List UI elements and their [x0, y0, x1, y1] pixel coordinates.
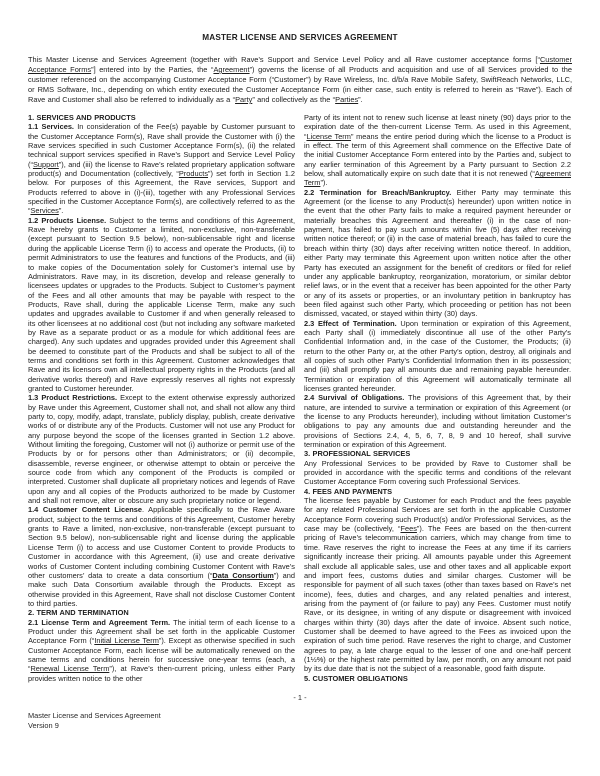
text-run: ”. — [59, 206, 64, 215]
page-number: - 1 - — [0, 693, 600, 702]
paragraph: Any Professional Services to be provided… — [304, 459, 571, 487]
footer-version: Version 9 — [28, 721, 161, 731]
text-run: 2.4 Survival of Obligations. — [304, 393, 404, 402]
paragraph: Party of its intent not to renew such li… — [304, 113, 571, 188]
section-heading: 5. CUSTOMER OBLIGATIONS — [304, 674, 571, 683]
text-run: 1.3 Product Restrictions. — [28, 393, 117, 402]
text-run: Data Consortium — [212, 571, 273, 580]
text-run: Support — [33, 160, 59, 169]
document-footer: Master License and Services Agreement Ve… — [28, 711, 161, 730]
text-run: Except to the extent otherwise expressly… — [28, 393, 295, 505]
right-column: Party of its intent not to renew such li… — [304, 113, 571, 683]
left-column: 1. SERVICES AND PRODUCTS1.1 Services. In… — [28, 113, 295, 683]
text-run: Subject to the terms and conditions of t… — [28, 216, 295, 393]
text-run: Any Professional Services to be provided… — [304, 459, 571, 487]
text-run: . Applicable specifically to the Rave Aw… — [28, 505, 295, 579]
section-heading: 2. TERM AND TERMINATION — [28, 608, 295, 617]
text-run: Agreement — [213, 65, 249, 74]
section-heading: 3. PROFESSIONAL SERVICES — [304, 449, 571, 458]
document-title: MASTER LICENSE AND SERVICES AGREEMENT — [28, 33, 572, 42]
text-run: 2.3 Effect of Termination. — [304, 319, 397, 328]
text-run: ”). The Fees are based on the then-curre… — [304, 524, 571, 673]
footer-doc-name: Master License and Services Agreement — [28, 711, 161, 721]
text-run: Parties — [335, 95, 358, 104]
paragraph: 1.2 Products License. Subject to the ter… — [28, 216, 295, 394]
section-heading: 4. FEES AND PAYMENTS — [304, 487, 571, 496]
text-run: ”. — [358, 95, 363, 104]
paragraph: 1.1 Services. In consideration of the Fe… — [28, 122, 295, 215]
text-run: ” and collectively as the “ — [252, 95, 335, 104]
paragraph: 2.2 Termination for Breach/Bankruptcy. E… — [304, 188, 571, 319]
text-run: Upon termination or expiration of this A… — [304, 319, 571, 393]
two-column-body: 1. SERVICES AND PRODUCTS1.1 Services. In… — [28, 113, 572, 683]
paragraph: 1.4 Customer Content License. Applicable… — [28, 505, 295, 608]
text-run: ”). — [320, 178, 327, 187]
text-run: ”] entered into by the Parties, the “ — [91, 65, 213, 74]
paragraph: 2.3 Effect of Termination. Upon terminat… — [304, 319, 571, 394]
text-run: Renewal License Term — [30, 664, 109, 673]
text-run: Services — [30, 206, 58, 215]
text-run: 2.1 License Term and Agreement Term. — [28, 618, 170, 627]
text-run: 1.1 Services. — [28, 122, 74, 131]
text-run: 1.2 Products License. — [28, 216, 106, 225]
paragraph: The license fees payable by Customer for… — [304, 496, 571, 674]
text-run: Initial License Term — [94, 636, 159, 645]
paragraph: 2.1 License Term and Agreement Term. The… — [28, 618, 295, 683]
text-run: Products — [179, 169, 208, 178]
text-run: This Master License and Services Agreeme… — [28, 55, 540, 64]
text-run: 1.4 Customer Content License — [28, 505, 142, 514]
paragraph: 1.3 Product Restrictions. Except to the … — [28, 393, 295, 505]
text-run: 2.2 Termination for Breach/Bankruptcy. — [304, 188, 451, 197]
text-run: License Term — [306, 132, 350, 141]
paragraph: 2.4 Survival of Obligations. The provisi… — [304, 393, 571, 449]
text-run: Party — [235, 95, 252, 104]
document-page: MASTER LICENSE AND SERVICES AGREEMENT Th… — [0, 0, 600, 776]
intro-paragraph: This Master License and Services Agreeme… — [28, 55, 572, 105]
text-run: Either Party may terminate this Agreemen… — [304, 188, 571, 318]
text-run: Fees — [400, 524, 416, 533]
section-heading: 1. SERVICES AND PRODUCTS — [28, 113, 295, 122]
